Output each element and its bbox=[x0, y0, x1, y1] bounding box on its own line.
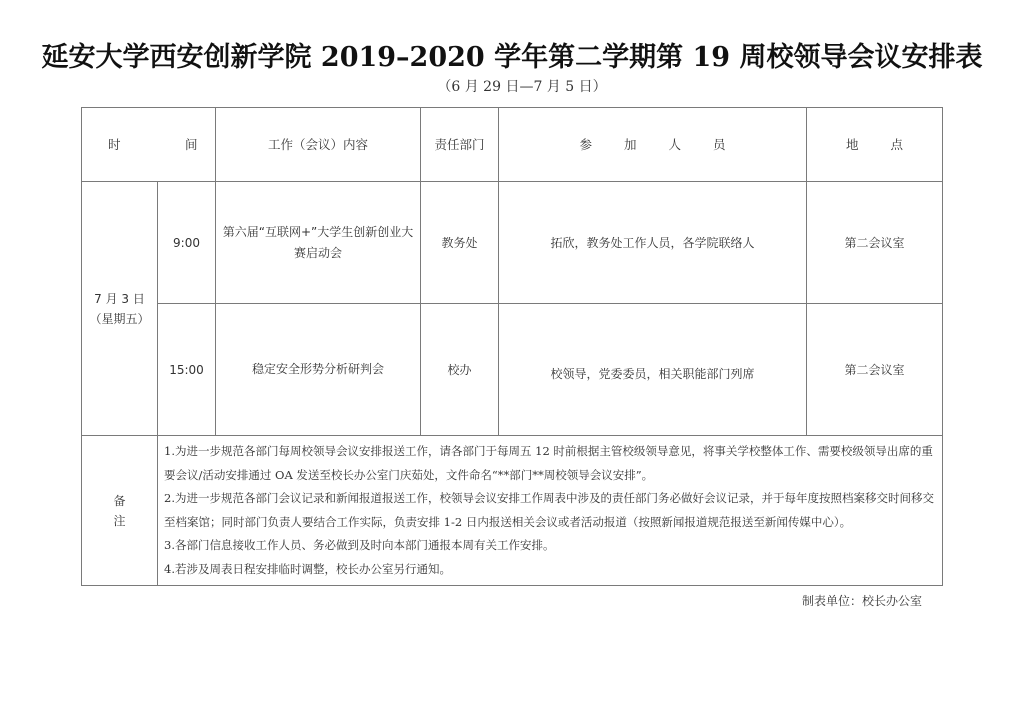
row-content: 第六届“互联网+”大学生创新创业大赛启动会 bbox=[216, 182, 421, 304]
day-date: 7 月 3 日 bbox=[82, 289, 157, 309]
header-content: 工作（会议）内容 bbox=[216, 108, 421, 182]
header-participants: 参 加 人 员 bbox=[499, 108, 807, 182]
header-department: 责任部门 bbox=[421, 108, 499, 182]
schedule-table: 时 间 工作（会议）内容 责任部门 参 加 人 员 地 点 7 月 3 日 （星… bbox=[81, 107, 943, 586]
remarks-label: 备 注 bbox=[82, 436, 158, 586]
day-weekday: （星期五） bbox=[82, 309, 157, 329]
remarks-body: 1.为进一步规范各部门每周校领导会议安排报送工作，请各部门于每周五 12 时前根… bbox=[158, 436, 943, 586]
row-location: 第二会议室 bbox=[807, 304, 943, 436]
remarks-row: 备 注 1.为进一步规范各部门每周校领导会议安排报送工作，请各部门于每周五 12… bbox=[82, 436, 943, 586]
day-cell: 7 月 3 日 （星期五） bbox=[82, 182, 158, 436]
issuer-footer: 制表单位：校长办公室 bbox=[802, 592, 922, 609]
row-time: 9:00 bbox=[158, 182, 216, 304]
remark-item: 4.若涉及周表日程安排临时调整，校长办公室另行通知。 bbox=[164, 558, 938, 582]
header-row: 时 间 工作（会议）内容 责任部门 参 加 人 员 地 点 bbox=[82, 108, 943, 182]
document-title: 延安大学西安创新学院 2019–2020 学年第二学期第 19 周校领导会议安排… bbox=[0, 40, 1024, 76]
remark-item: 3.各部门信息接收工作人员、务必做到及时向本部门通报本周有关工作安排。 bbox=[164, 534, 938, 558]
table-row: 15:00 稳定安全形势分析研判会 校办 校领导，党委委员，相关职能部门列席 第… bbox=[82, 304, 943, 436]
row-location: 第二会议室 bbox=[807, 182, 943, 304]
remark-item: 1.为进一步规范各部门每周校领导会议安排报送工作，请各部门于每周五 12 时前根… bbox=[164, 440, 938, 487]
header-time-label: 时 间 bbox=[82, 137, 224, 152]
table-row: 7 月 3 日 （星期五） 9:00 第六届“互联网+”大学生创新创业大赛启动会… bbox=[82, 182, 943, 304]
row-participants: 校领导，党委委员，相关职能部门列席 bbox=[499, 304, 807, 436]
row-participants: 拓欣，教务处工作人员，各学院联络人 bbox=[499, 182, 807, 304]
row-department: 教务处 bbox=[421, 182, 499, 304]
remark-item: 2.为进一步规范各部门会议记录和新闻报道报送工作，校领导会议安排工作周表中涉及的… bbox=[164, 487, 938, 534]
header-location: 地 点 bbox=[807, 108, 943, 182]
row-time: 15:00 bbox=[158, 304, 216, 436]
date-range-subtitle: （6 月 29 日—7 月 5 日） bbox=[0, 77, 1024, 97]
header-time: 时 间 bbox=[82, 108, 216, 182]
row-department: 校办 bbox=[421, 304, 499, 436]
row-content: 稳定安全形势分析研判会 bbox=[216, 304, 421, 436]
